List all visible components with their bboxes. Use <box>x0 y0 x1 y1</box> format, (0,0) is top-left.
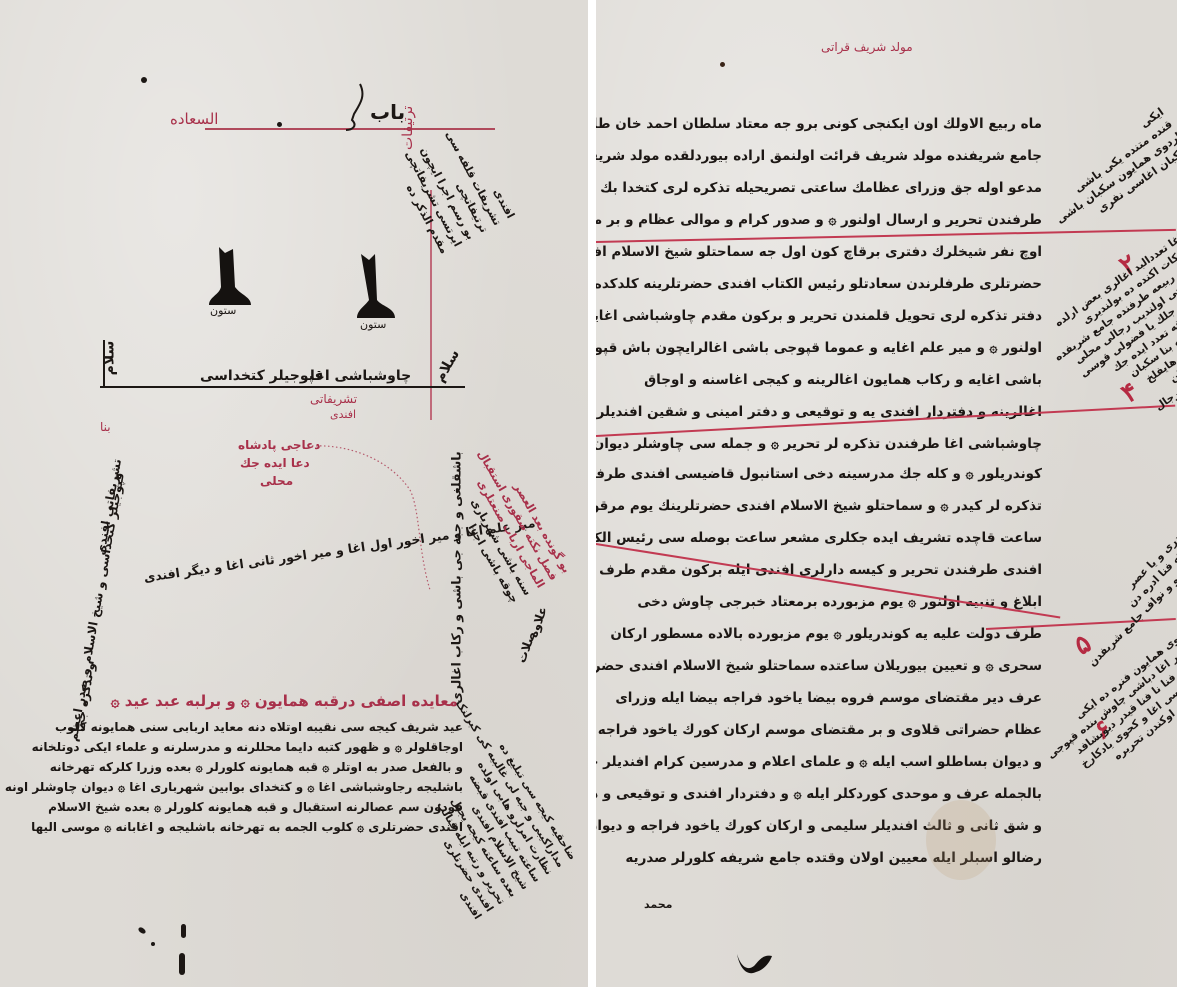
body-line: باشی اغايه و رکاب همايون اغالرينه و کيجی… <box>644 374 1042 388</box>
ink-dot <box>277 122 282 127</box>
body-line: کوندريلور ۞ و کله جك مدرسينه دخی استانبو… <box>596 468 1042 482</box>
right-page: مولد شريف قراتی ماه ربيع الاولك اون ايکن… <box>596 0 1177 987</box>
body-line: دفتر تذکره لری تحويل قلمندن تحرير و بركو… <box>596 310 1042 324</box>
paper-stain <box>926 800 996 880</box>
body-line: اولنور ۞ و مير علم اغايه و عموما قپوجی ب… <box>596 342 1042 356</box>
dotted-connector <box>310 440 460 600</box>
body-line: مدعو اوله جق وزرای عظامك ساعتی تصريحيله … <box>600 182 1042 196</box>
body-line: طرف دولت عليه يه کوندريلور ۞ يوم مزبورده… <box>610 628 1042 642</box>
red-note-efendi: افندی <box>330 408 356 421</box>
small-black-note-2: صلات <box>514 629 538 665</box>
red-note-teshrifati: تشريفاتی <box>310 392 357 406</box>
lower-heading-red: معايده اصفی درقبه همايون ۞ و برلبه عبد ع… <box>111 692 458 710</box>
margin-note-1: ايکی قنده متنده يکی باشی اردوی همايون سک… <box>1036 104 1177 239</box>
body-line: چاوشباشی اغا طرفندن تذکره لر تحرير ۞ و ج… <box>596 438 1042 452</box>
body-line: عظام حضراتی قلاوی و بر مقتضای موسم ارکان… <box>598 724 1042 738</box>
red-correction-line <box>596 229 1176 243</box>
ink-dot <box>720 62 725 67</box>
ink-blot-dot <box>137 926 146 935</box>
ceremony-baseline <box>100 386 465 388</box>
body-line: ابلاغ و تنبيه اولنور ۞ يوم مزبورده برمعت… <box>637 596 1042 610</box>
body-line: اوچ نفر شيخلرك دفتری برقاچ کون اول جه سم… <box>596 246 1042 260</box>
ink-blot-dash <box>181 924 186 938</box>
baseline-label-salam-right: سلام <box>432 347 463 385</box>
ink-dot <box>141 77 147 83</box>
body-line: بالجمله عرف و موحدی کوردکلر ايله ۞ و دفت… <box>596 788 1042 802</box>
red-note-duaci-3: محلی <box>260 474 293 488</box>
body-line: جامع شريفنده مولد شريف قرائت اولنمق اراد… <box>596 150 1042 164</box>
body-line: عرف دير مقتضای موسم فروه بيضا ياخود فراج… <box>615 692 1042 706</box>
body-line: و ديوان بساطلو اسب ايله ۞ و علمای اعلام … <box>596 756 1042 770</box>
gate-stroke-icon <box>340 82 370 142</box>
margin-note-2: اغا تعددالبد اغالری بعض ارلده بلوکات اکن… <box>1036 231 1177 468</box>
signature: محمد <box>644 898 672 911</box>
left-page: السعاده باب ترتيفات ستون ستون سلام چاوشب… <box>0 0 588 987</box>
body-line: سحری ۞ و تعيين بيوريلان ساعتده سماحتلو ش… <box>596 660 1042 674</box>
body-line: افندی طرفندن تحرير و کيسه دارلری افندی ا… <box>596 564 1042 578</box>
body-line: تذکره لر کيدر ۞ و سماحتلو شيخ الاسلام اف… <box>596 500 1042 514</box>
ink-blot-dot <box>151 942 155 946</box>
red-note-duaci-2: دعا ايده جك <box>240 456 310 470</box>
page-gutter <box>588 0 596 987</box>
ink-blot-dash <box>179 953 185 975</box>
running-head: مولد شريف قراتی <box>821 40 913 54</box>
red-note-duaci-1: دعاجی پادشاه <box>238 438 320 452</box>
body-line: طرفندن تحرير و ارسال اولنور ۞ و صدور کرا… <box>596 214 1042 228</box>
column-label-right: ستون <box>360 318 386 331</box>
baseline-label-kapucular: قپوجیلر کتخداسی <box>200 368 324 384</box>
body-line: اغالرينه و دفتردار افندی يه و توقيعی و د… <box>596 406 1042 420</box>
body-line: حضرتلری طرفلرندن سعادتلو رئيس الکتاب افن… <box>596 278 1042 292</box>
left-vertical-rule <box>103 340 105 388</box>
body-line: ساعت قاچده تشريف ايده جکلری مشعر ساعت بو… <box>596 532 1042 546</box>
ink-blot-icon <box>734 948 776 978</box>
gate-label-saadet: السعاده <box>170 110 218 128</box>
baseline-label-chavushbashi: چاوشباشی اغا <box>310 368 411 384</box>
left-margin-red-head: بنا <box>100 420 111 434</box>
column-label-left: ستون <box>210 304 236 317</box>
red-vertical-label: ترتيفات <box>400 106 416 150</box>
body-line: ماه ربيع الاولك اون ايکنجی کونی برو جه م… <box>596 118 1042 132</box>
